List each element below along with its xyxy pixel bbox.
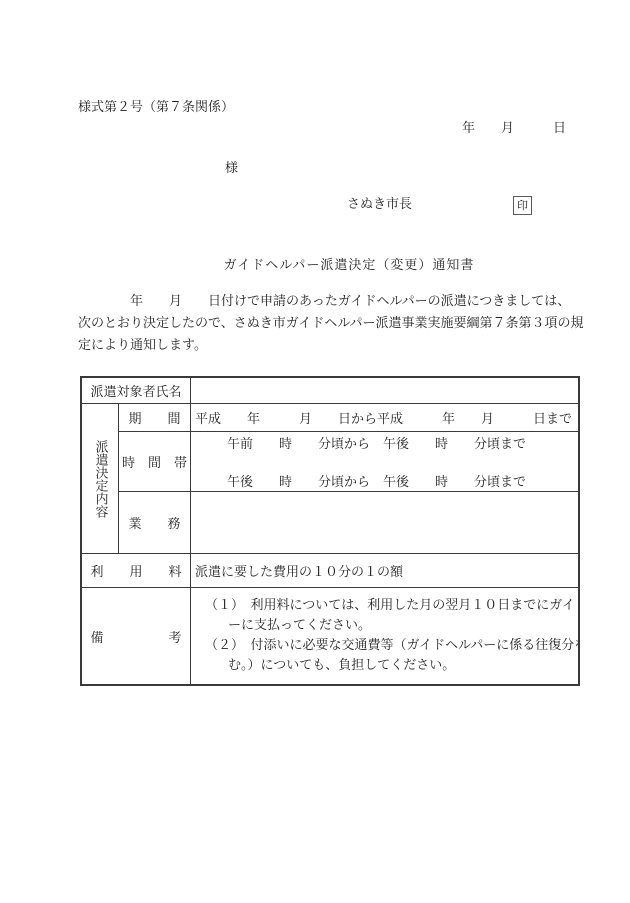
note-item-line: （１） 利用料については、利用した月の翌月１０日までにガイドヘルパ xyxy=(205,596,578,616)
time-slot-line-morning: 午前 時 分頃から 午後 時 分頃まで xyxy=(227,433,526,452)
decision-content-vertical-label: 派遣決定内容 xyxy=(91,440,110,518)
note-item-line: ーに支払ってください。 xyxy=(205,616,371,636)
notification-document: 様式第２号（第７条関係） 年 月 日 様 さぬき市長 印 ガイドヘルパー派遣決定… xyxy=(0,0,630,903)
intro-line: 年 月 日付けで申請のあったガイドヘルパーの派遣につきましては、 xyxy=(78,291,583,313)
addressee-honorific: 様 xyxy=(225,157,238,176)
time-slot-label-cell: 時 間 帯 xyxy=(119,432,191,492)
notes-value-cell: （１） 利用料については、利用した月の翌月１０日までにガイドヘルパ ーに支払って… xyxy=(191,588,578,684)
period-value-cell: 平成 年 月 日から平成 年 月 日まで xyxy=(191,404,578,432)
notice-table: 派遣対象者氏名 派遣決定内容 期 間 平成 年 月 日から平成 年 月 日まで … xyxy=(80,376,580,686)
period-label-cell: 期 間 xyxy=(119,404,191,432)
date-line: 年 月 日 xyxy=(462,117,566,136)
form-number: 様式第２号（第７条関係） xyxy=(78,96,234,115)
duty-value-cell xyxy=(191,492,578,554)
notes-label-cell: 備 考 xyxy=(82,588,191,684)
time-slot-line-afternoon: 午後 時 分頃から 午後 時 分頃まで xyxy=(227,471,526,490)
sender-name: さぬき市長 xyxy=(347,193,412,212)
fee-value-cell: 派遣に要した費用の１０分の１の額 xyxy=(191,554,578,588)
note-item-line: む。）についても、負担してください。 xyxy=(205,656,455,676)
time-slot-value-cell: 午前 時 分頃から 午後 時 分頃まで 午後 時 分頃から 午後 時 分頃まで xyxy=(191,432,578,492)
fee-label-cell: 利 用 料 xyxy=(82,554,191,588)
intro-line: 次のとおり決定したので、さぬき市ガイドヘルパー派遣事業実施要綱第７条第３項の規 xyxy=(78,313,583,335)
recipient-name-label-cell: 派遣対象者氏名 xyxy=(82,378,191,404)
seal-stamp: 印 xyxy=(513,196,532,215)
decision-content-label-cell: 派遣決定内容 xyxy=(82,404,119,554)
note-item-line: （２） 付添いに必要な交通費等（ガイドヘルパーに係る往復分を含 xyxy=(205,636,578,656)
document-title: ガイドヘルパー派遣決定（変更）通知書 xyxy=(118,254,580,273)
duty-label-cell: 業 務 xyxy=(119,492,191,554)
intro-line: 定により通知します。 xyxy=(78,335,583,357)
intro-paragraph: 年 月 日付けで申請のあったガイドヘルパーの派遣につきましては、 次のとおり決定… xyxy=(78,291,583,357)
recipient-name-value-cell xyxy=(191,378,578,404)
